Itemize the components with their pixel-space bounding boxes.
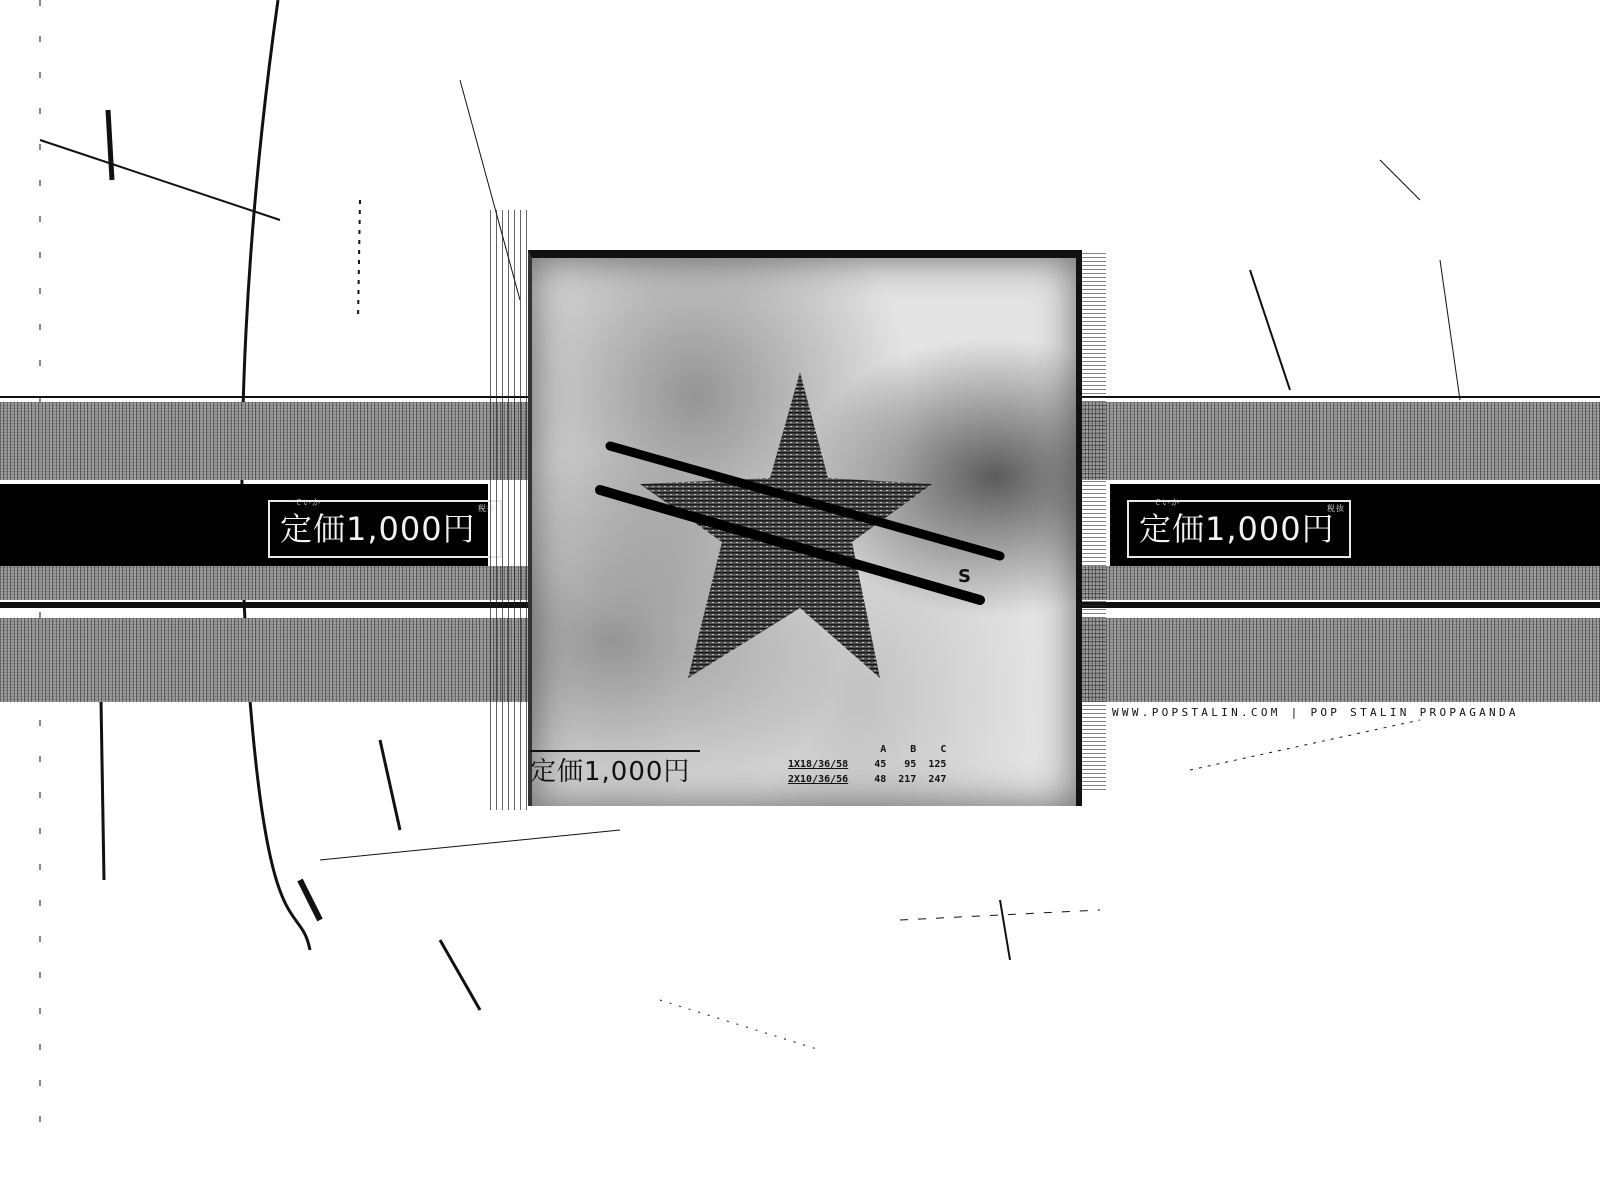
spec-cell: 247: [922, 772, 952, 787]
spec-cell: 45: [868, 757, 892, 772]
spec-table: A B C 1X18/36/58 45 95 125 2X10/36/56 48…: [782, 742, 952, 787]
site-credit: WWW.POPSTALIN.COM | POP STALIN PROPAGAND…: [1112, 706, 1519, 719]
spec-header: A: [868, 742, 892, 757]
spec-cell: 2X10/36/56: [782, 772, 868, 787]
spec-header: B: [892, 742, 922, 757]
spec-cell: 95: [892, 757, 922, 772]
spec-row: 1X18/36/58 45 95 125: [782, 757, 952, 772]
price-tag-small: 定価1,000円: [530, 750, 700, 790]
spec-header: C: [922, 742, 952, 757]
spec-row: 2X10/36/56 48 217 247: [782, 772, 952, 787]
spec-cell: 217: [892, 772, 922, 787]
stripe-letter: S: [958, 566, 971, 587]
frame-hatching-left: [490, 210, 530, 810]
spec-cell: 1X18/36/58: [782, 757, 868, 772]
spec-header: [782, 742, 868, 757]
price-tag-right: ていか 定価1,000円 税抜: [1127, 500, 1351, 558]
price-stamp: 税抜: [1327, 504, 1345, 514]
price-ruby: ていか: [1153, 498, 1180, 508]
price-text: 定価1,000円: [530, 757, 690, 787]
price-ruby: ていか: [294, 498, 321, 508]
price-text: 定価1,000円: [1139, 510, 1335, 548]
star-icon: [560, 360, 1020, 690]
spec-cell: 125: [922, 757, 952, 772]
price-tag-left: ていか 定価1,000円 税抜: [268, 500, 502, 558]
price-text: 定価1,000円: [280, 510, 476, 548]
spec-cell: 48: [868, 772, 892, 787]
